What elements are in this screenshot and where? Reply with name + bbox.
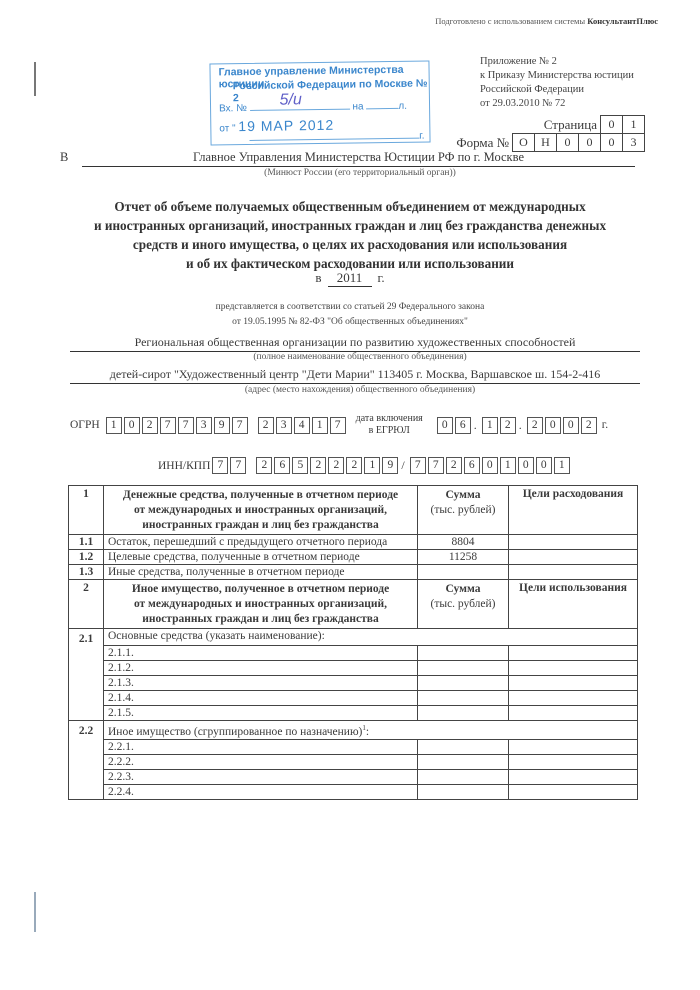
row-goal [509,661,638,676]
row-label: 2.2.2. [104,754,418,769]
form-label: Форма № [456,135,509,151]
report-year-row: в2011г. [0,270,700,287]
egrul-day: 06 [435,417,471,434]
date-dot: . [474,418,477,433]
row-sum [418,739,509,754]
egrul-year: 2002 [525,417,597,434]
row-goal [509,691,638,706]
section-number: 1 [69,486,104,535]
page-digit: 1 [622,115,645,134]
inn-digit: 2 [346,457,362,474]
kpp-digit: 7 [410,457,426,474]
section-number: 2 [69,580,104,629]
goal-header: Цели расходования [509,486,638,535]
egrul-label: дата включения в ЕГРЮЛ [356,413,423,437]
ogrn-digit: 1 [312,417,328,434]
subsection-number: 2.2 [69,721,104,800]
ogrn-digit: 7 [330,417,346,434]
law-line: представляется в соответствии со статьей… [0,300,700,315]
row-sum [418,676,509,691]
inn-part2: 26522219 [254,457,398,474]
appendix-line: Приложение № 2 [480,55,634,69]
egrul-date-digit: 0 [545,417,561,434]
ogrn-digit: 3 [196,417,212,434]
row-goal [509,706,638,721]
recipient-field: Главное Управления Министерства Юстиции … [82,150,635,167]
row-sum [418,691,509,706]
stamp-incoming: Вх. № 5/и на л. [219,100,424,115]
kpp-digit: 6 [464,457,480,474]
report-table: 1Денежные средства, полученные в отчетно… [68,485,638,800]
row-sum [418,706,509,721]
title-line: и иностранных организаций, иностранных г… [60,216,640,235]
egrul-date-digit: 1 [482,417,498,434]
stamp-incoming-label: Вх. № [219,103,247,114]
table-row: 2.1.5. [69,706,638,721]
row-goal [509,769,638,784]
law-reference: представляется в соответствии со статьей… [0,300,700,330]
binder-mark-bottom [34,892,36,932]
organization-address: детей-сирот "Художественный центр "Дети … [70,367,640,384]
stamp-sheets-suffix: л. [398,101,407,112]
ogrn-digit: 2 [142,417,158,434]
row-goal [509,550,638,565]
title-line: Отчет об объеме получаемых общественным … [60,197,640,216]
ogrn-label: ОГРН [70,419,100,431]
sum-header: Сумма(тыс. рублей) [418,580,509,629]
kpp-digit: 1 [500,457,516,474]
year-suffix: г. [378,270,385,285]
page-digit: 0 [600,115,623,134]
page-label: Страница [544,117,597,133]
row-label: 2.1.1. [104,646,418,661]
section-title: Денежные средства, полученные в отчетном… [104,486,418,535]
date-dot: . [519,418,522,433]
row-number: 1.1 [69,535,104,550]
goal-header: Цели использования [509,580,638,629]
egrul-date-digit: 0 [563,417,579,434]
ogrn-digit: 4 [294,417,310,434]
row-label: 2.1.5. [104,706,418,721]
kpp-digit: 0 [518,457,534,474]
egrul-date-digit: 6 [455,417,471,434]
stamp-year-row: г. [219,130,424,145]
row-sum [418,565,509,580]
section1-header: 1Денежные средства, полученные в отчетно… [69,486,638,535]
inn-digit: 9 [382,457,398,474]
table-row: 1.1Остаток, перешедший с предыдущего отч… [69,535,638,550]
table-row: 1.3Иные средства, полученные в отчетном … [69,565,638,580]
ogrn-group1: 10277397 [104,417,248,434]
inn-digit: 7 [230,457,246,474]
row-goal [509,739,638,754]
row-label: 2.1.4. [104,691,418,706]
report-title: Отчет об объеме получаемых общественным … [60,197,640,273]
egrul-month: 12 [480,417,516,434]
consultant-note-text: Подготовлено с использованием системы [435,16,587,26]
table-row: 2.1.3. [69,676,638,691]
section2-header: 2Иное имущество, полученное в отчетном п… [69,580,638,629]
row-label: Иные средства, полученные в отчетном пер… [104,565,418,580]
row-label: 2.1.3. [104,676,418,691]
ogrn-digit: 7 [232,417,248,434]
consultant-note: Подготовлено с использованием системы Ко… [435,16,658,26]
subsection-number: 2.1 [69,629,104,721]
table-row: 2.2.3. [69,769,638,784]
table-row: 2.2.2. [69,754,638,769]
table-row: 2.2.4. [69,784,638,799]
row-sum: 8804 [418,535,509,550]
egrul-label-line: дата включения [356,413,423,425]
appendix-line: к Приказу Министерства юстиции [480,69,634,83]
kpp-digit: 2 [446,457,462,474]
ogrn-digit: 1 [106,417,122,434]
row-goal [509,754,638,769]
kpp-digit: 0 [482,457,498,474]
stamp-incoming-number: 5/и [279,91,301,109]
ogrn-digit: 7 [160,417,176,434]
row-label: Остаток, перешедший с предыдущего отчетн… [104,535,418,550]
table-row: 2.1.4. [69,691,638,706]
inn-digit: 6 [274,457,290,474]
inn-digit: 2 [328,457,344,474]
row-goal [509,535,638,550]
recipient-hint: (Минюст России (его территориальный орга… [60,168,660,178]
binder-mark-top [34,62,36,96]
row-sum [418,661,509,676]
row-sum: 11258 [418,550,509,565]
row-label: 2.2.3. [104,769,418,784]
inn-part1: 77 [210,457,246,474]
year-prefix: в [315,270,321,285]
law-line: от 19.05.1995 № 82-ФЗ "Об общественных о… [0,315,700,330]
report-year: 2011 [328,270,372,287]
stamp-year-suffix: г. [419,131,424,142]
page-number: Страница 0 1 [544,115,645,134]
ogrn-group2: 23417 [256,417,346,434]
consultant-brand: КонсультантПлюс [587,16,658,26]
section-title: Иное имущество, полученное в отчетном пе… [104,580,418,629]
table-row: 2.1.1. [69,646,638,661]
organization-address-hint: (адрес (место нахождения) общественного … [60,385,660,395]
sum-header: Сумма(тыс. рублей) [418,486,509,535]
inn-kpp-separator: / [401,458,404,473]
ogrn-digit: 3 [276,417,292,434]
ogrn-digit: 2 [258,417,274,434]
inn-digit: 5 [292,457,308,474]
egrul-date-digit: 2 [500,417,516,434]
row-label: 2.1.2. [104,661,418,676]
appendix-line: Российской Федерации [480,83,634,97]
subsection-2-1: 2.1Основные средства (указать наименован… [69,629,638,646]
appendix-block: Приложение № 2 к Приказу Министерства юс… [480,55,634,111]
recipient-row: В Главное Управления Министерства Юстици… [60,150,635,168]
row-goal [509,676,638,691]
egrul-date-digit: 2 [527,417,543,434]
organization-name-hint: (полное наименование общественного объед… [60,352,660,362]
row-number: 1.3 [69,565,104,580]
row-sum [418,646,509,661]
inn-kpp-label: ИНН/КПП [158,460,210,472]
inn-digit: 2 [256,457,272,474]
row-goal [509,646,638,661]
row-goal [509,784,638,799]
subsection-label: Иное имущество (сгруппированное по назна… [104,721,638,740]
inn-digit: 2 [310,457,326,474]
stamp-sheets-label: на [352,101,363,112]
ogrn-row: ОГРН 10277397 23417 дата включения в ЕГР… [70,413,608,437]
row-label: 2.2.1. [104,739,418,754]
egrul-date-digit: 0 [437,417,453,434]
kpp-digit: 7 [428,457,444,474]
page-cells: 0 1 [601,115,645,134]
row-sum [418,769,509,784]
kpp: 772601001 [408,457,570,474]
appendix-line: от 29.03.2010 № 72 [480,97,634,111]
egrul-date-digit: 2 [581,417,597,434]
kpp-digit: 0 [536,457,552,474]
row-number: 1.2 [69,550,104,565]
ogrn-digit: 9 [214,417,230,434]
table-row: 2.2.1. [69,739,638,754]
table-row: 1.2Целевые средства, полученные в отчетн… [69,550,638,565]
row-sum [418,784,509,799]
row-label: 2.2.4. [104,784,418,799]
egrul-label-line: в ЕГРЮЛ [356,425,423,437]
organization-name: Региональная общественная организации по… [70,335,640,352]
ogrn-digit: 7 [178,417,194,434]
kpp-digit: 1 [554,457,570,474]
inn-digit: 1 [364,457,380,474]
inn-kpp-row: ИНН/КПП 77 26522219 / 772601001 [158,457,570,474]
recipient-prefix: В [60,150,68,165]
inn-digit: 7 [212,457,228,474]
registration-stamp: Главное управление Министерства юстиции … [209,60,430,145]
table-row: 2.1.2. [69,661,638,676]
subsection-2-2: 2.2Иное имущество (сгруппированное по на… [69,721,638,740]
subsection-label: Основные средства (указать наименование)… [104,629,638,646]
ogrn-digit: 0 [124,417,140,434]
row-goal [509,565,638,580]
row-sum [418,754,509,769]
row-label: Целевые средства, полученные в отчетном … [104,550,418,565]
title-line: средств и иного имущества, о целях их ра… [60,235,640,254]
egrul-year-suffix: г. [602,419,608,431]
